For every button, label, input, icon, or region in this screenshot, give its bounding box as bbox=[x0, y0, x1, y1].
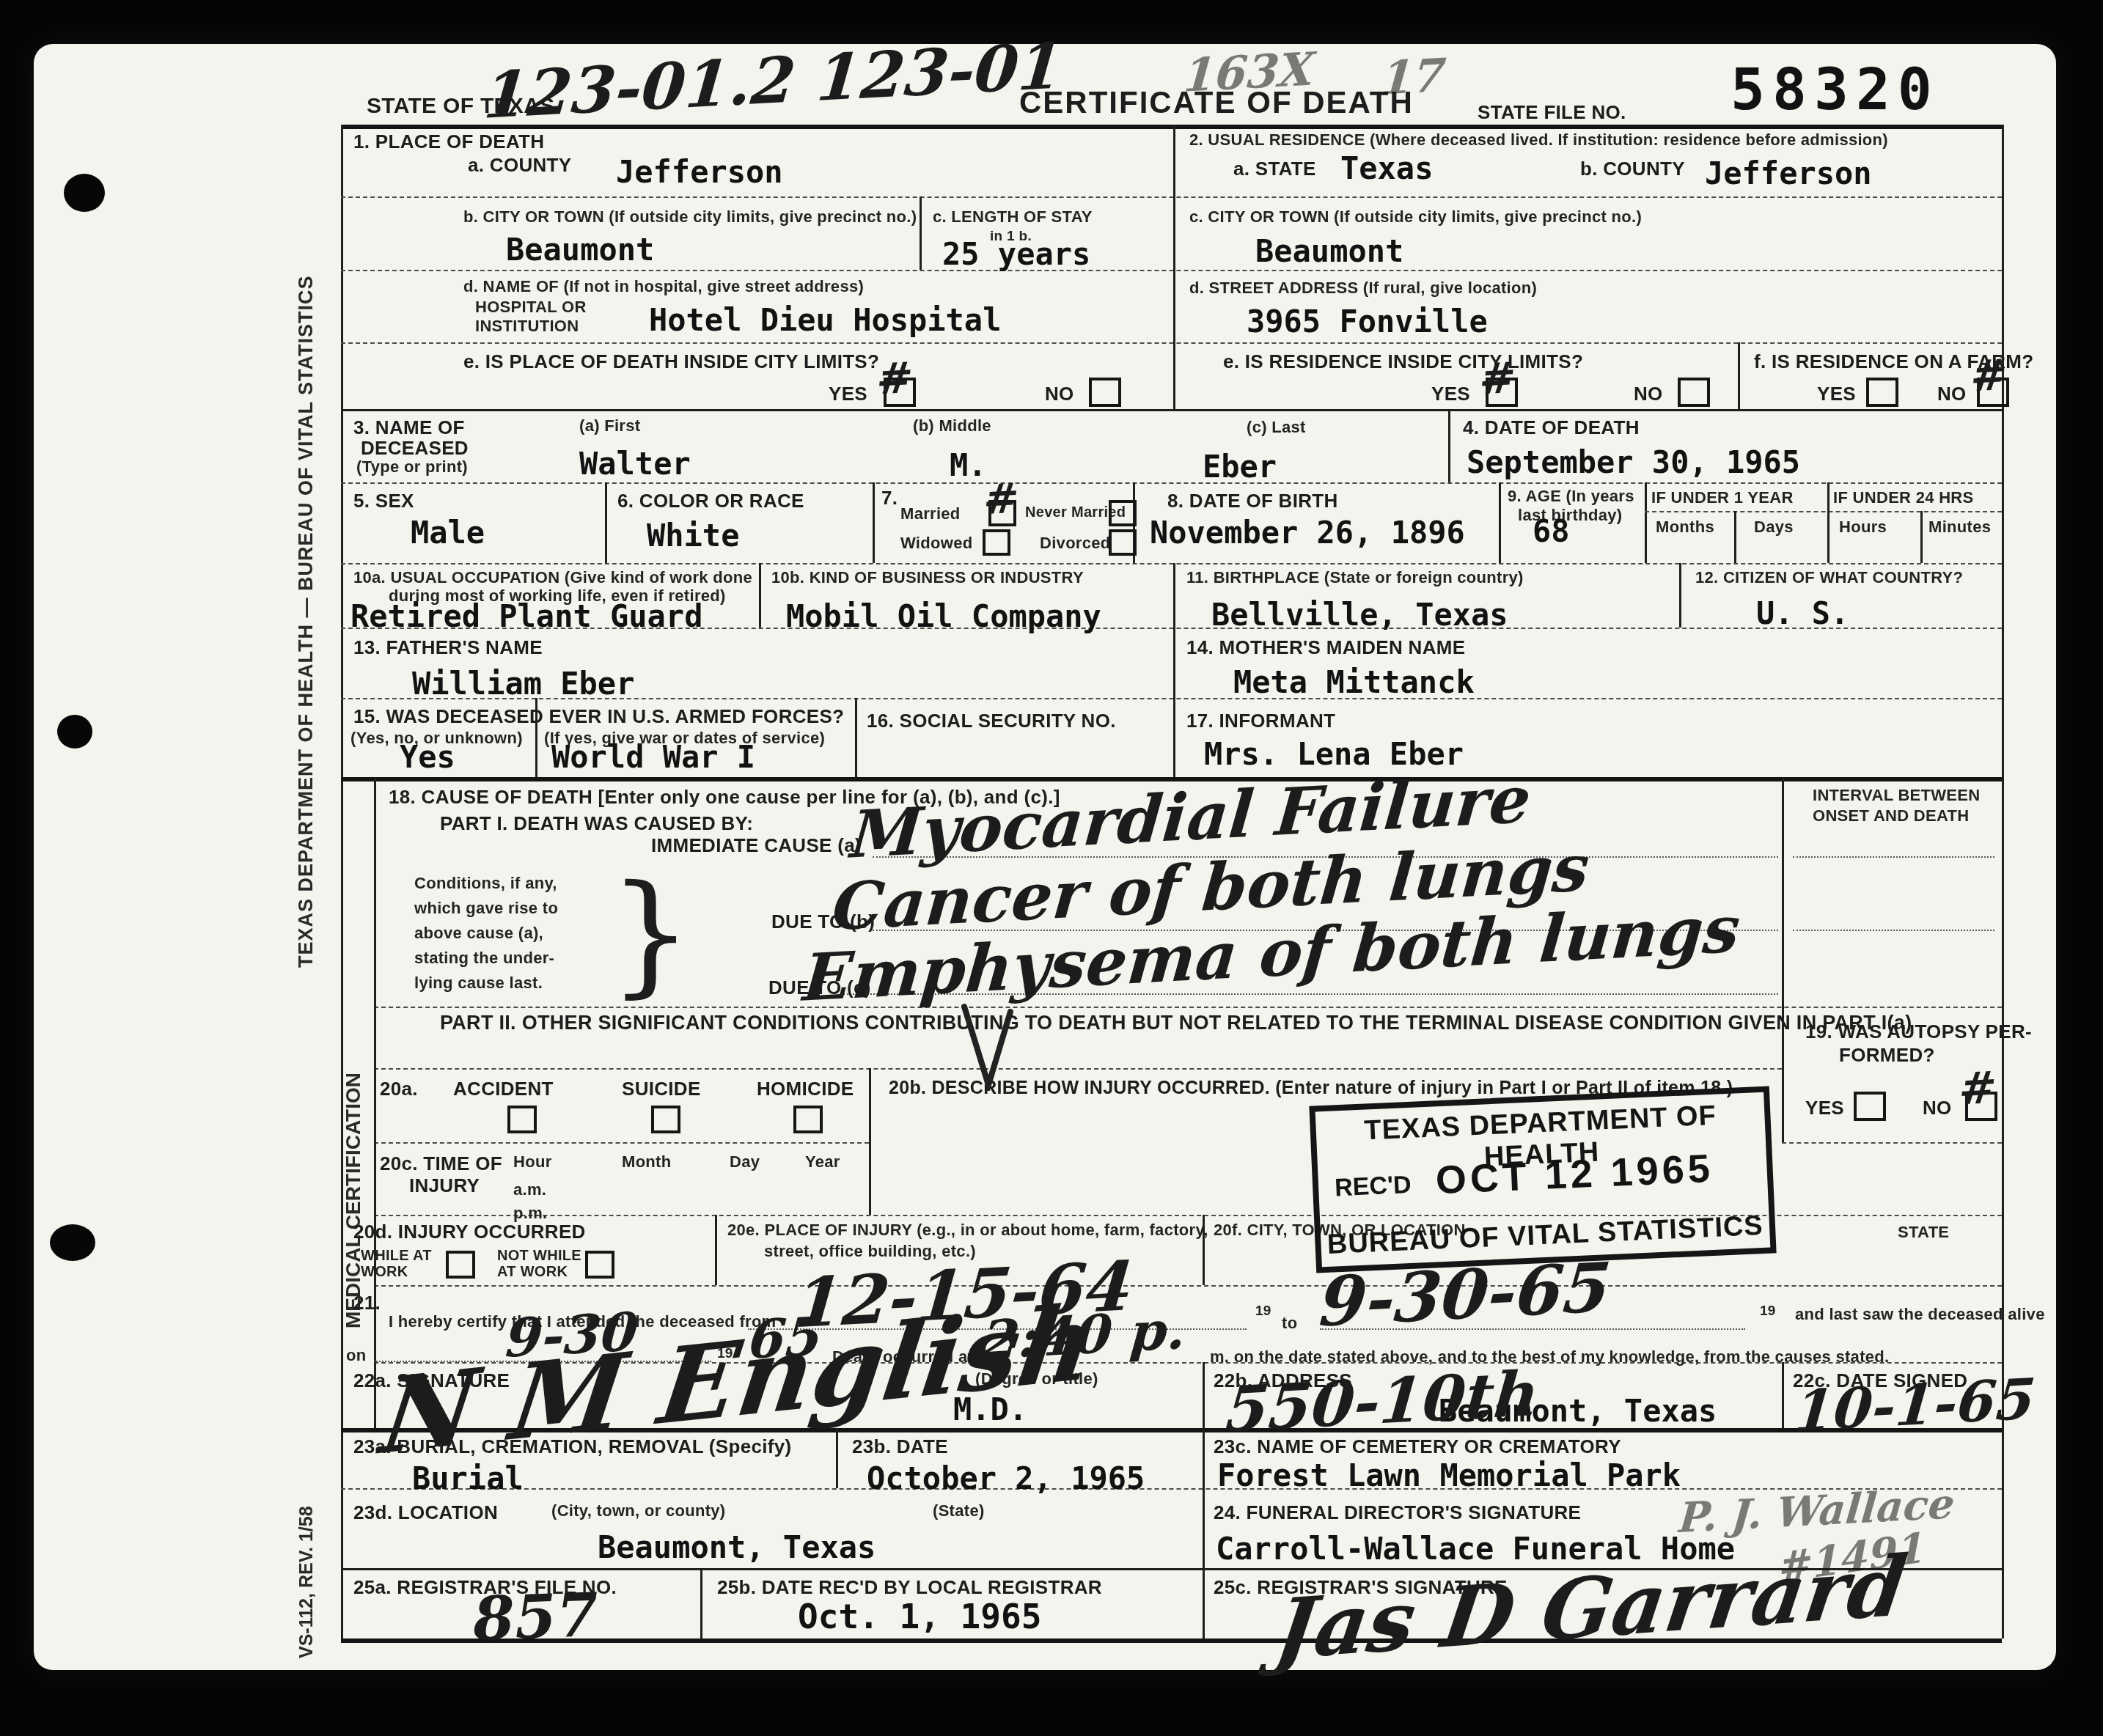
informant-label: 17. INFORMANT bbox=[1186, 710, 1335, 732]
business-label: 10b. KIND OF BUSINESS OR INDUSTRY bbox=[771, 568, 1084, 587]
form-line bbox=[341, 270, 2002, 271]
state-file-number: 58320 bbox=[1731, 57, 1939, 123]
causes-stated-text: m. on the date stated above, and to the … bbox=[1210, 1347, 1889, 1367]
type-or-print-label: (Type or print) bbox=[356, 457, 468, 477]
sex-value: Male bbox=[411, 515, 485, 551]
cemetery-value: Forest Lawn Memorial Park bbox=[1217, 1457, 1681, 1493]
form-line bbox=[1645, 482, 1647, 563]
handwritten-code-17: 17 bbox=[1380, 48, 1448, 106]
divorced-label: Divorced bbox=[1040, 534, 1111, 553]
burial-date-value: October 2, 1965 bbox=[867, 1460, 1145, 1496]
margin-agency-label: TEXAS DEPARTMENT OF HEALTH — BUREAU OF V… bbox=[295, 276, 318, 968]
death-limits-no-checkbox bbox=[1089, 378, 1121, 407]
form-line bbox=[1738, 342, 1740, 409]
burial-date-label: 23b. DATE bbox=[852, 1435, 948, 1458]
last-name-label: (c) Last bbox=[1247, 418, 1306, 437]
death-limits-yes-mark: # bbox=[875, 353, 915, 405]
date-of-birth-value: November 26, 1896 bbox=[1150, 515, 1465, 551]
middle-name-label: (b) Middle bbox=[913, 416, 991, 435]
first-name-value: Walter bbox=[579, 446, 691, 482]
residence-limits-no-label: NO bbox=[1634, 383, 1663, 405]
residence-city-label: c. CITY OR TOWN (If outside city limits,… bbox=[1189, 207, 1642, 227]
not-while-at-work-checkbox bbox=[585, 1251, 614, 1279]
mother-name-value: Meta Mittanck bbox=[1233, 664, 1475, 700]
street-address-label: d. STREET ADDRESS (If rural, give locati… bbox=[1189, 279, 1537, 298]
residence-limits-yes-mark: # bbox=[1478, 353, 1518, 405]
accident-checkbox bbox=[507, 1106, 537, 1133]
ssn-label: 16. SOCIAL SECURITY NO. bbox=[867, 710, 1116, 732]
location-state-sublabel: (State) bbox=[933, 1501, 985, 1520]
street-address-value: 3965 Fonville bbox=[1247, 304, 1488, 339]
immediate-cause-label: IMMEDIATE CAUSE (a) bbox=[651, 834, 862, 857]
on-label: on bbox=[346, 1346, 366, 1365]
not-while-label-1: NOT WHILE bbox=[497, 1248, 581, 1265]
date-of-birth-label: 8. DATE OF BIRTH bbox=[1167, 490, 1338, 512]
city-label: b. CITY OR TOWN (If outside city limits,… bbox=[463, 207, 917, 227]
hospital-label: d. NAME OF (If not in hospital, give str… bbox=[463, 277, 864, 296]
month-label: Month bbox=[622, 1152, 671, 1172]
married-mark: # bbox=[982, 474, 1021, 525]
form-line bbox=[700, 1568, 702, 1638]
film-hole-dot bbox=[64, 174, 105, 212]
form-line bbox=[374, 1068, 1782, 1070]
hospital-label-3: INSTITUTION bbox=[475, 317, 579, 336]
place-of-injury-label-1: 20e. PLACE OF INJURY (e.g., in or about … bbox=[727, 1221, 1208, 1240]
death-city-limits-label: e. IS PLACE OF DEATH INSIDE CITY LIMITS? bbox=[463, 350, 879, 373]
age-label: 9. AGE (In years bbox=[1508, 487, 1634, 506]
form-line bbox=[1734, 511, 1736, 563]
middle-name-value: M. bbox=[950, 447, 987, 483]
last-name-value: Eber bbox=[1203, 449, 1277, 485]
time-of-injury-label-1: 20c. TIME OF bbox=[380, 1152, 502, 1175]
citizen-label: 12. CITIZEN OF WHAT COUNTRY? bbox=[1695, 568, 1963, 587]
form-line bbox=[1793, 856, 1994, 858]
homicide-label: HOMICIDE bbox=[757, 1078, 854, 1100]
form-line bbox=[1173, 563, 1175, 777]
marital-section-label: 7. bbox=[881, 487, 898, 510]
farm-yes-checkbox bbox=[1866, 378, 1898, 407]
section20a-label: 20a. bbox=[380, 1078, 418, 1100]
death-limits-no-label: NO bbox=[1045, 383, 1074, 405]
state-file-no-label: STATE FILE NO. bbox=[1478, 101, 1626, 124]
minutes-label: Minutes bbox=[1928, 518, 1991, 537]
year-label: Year bbox=[805, 1152, 840, 1172]
residence-limits-yes-label: YES bbox=[1431, 383, 1470, 405]
margin-medical-certification-label: MEDICAL CERTIFICATION bbox=[342, 1073, 365, 1328]
time-of-injury-label-2: INJURY bbox=[409, 1174, 480, 1197]
year19-label-a: 19 bbox=[1255, 1303, 1271, 1320]
deceased-label: DECEASED bbox=[361, 437, 469, 460]
form-line bbox=[1499, 482, 1501, 563]
married-label: Married bbox=[900, 504, 961, 523]
divorced-checkbox bbox=[1109, 529, 1137, 556]
form-line bbox=[341, 196, 2002, 198]
form-line bbox=[1645, 511, 2002, 512]
accident-label: ACCIDENT bbox=[453, 1078, 554, 1100]
year19-label-b: 19 bbox=[1760, 1303, 1776, 1320]
conditions-label-5: lying cause last. bbox=[414, 974, 543, 993]
form-line bbox=[1203, 1362, 1205, 1428]
suicide-checkbox bbox=[651, 1106, 680, 1133]
farm-yes-label: YES bbox=[1817, 383, 1856, 405]
conditions-label-4: stating the under- bbox=[414, 949, 554, 968]
autopsy-yes-label: YES bbox=[1805, 1097, 1844, 1119]
birthplace-value: Bellville, Texas bbox=[1211, 597, 1508, 633]
widowed-checkbox bbox=[983, 529, 1010, 556]
received-stamp: TEXAS DEPARTMENT OF HEALTH REC'D OCT 12 … bbox=[1309, 1086, 1776, 1273]
form-line bbox=[1782, 777, 1784, 1142]
registrar-date-label: 25b. DATE REC'D BY LOCAL REGISTRAR bbox=[717, 1576, 1102, 1599]
location-value: Beaumont, Texas bbox=[598, 1529, 876, 1565]
location-label: 23d. LOCATION bbox=[353, 1501, 498, 1524]
while-at-work-checkbox bbox=[446, 1251, 475, 1279]
length-of-stay-label: c. LENGTH OF STAY bbox=[933, 207, 1093, 227]
city-value: Beaumont bbox=[506, 232, 654, 268]
race-label: 6. COLOR OR RACE bbox=[617, 490, 804, 512]
date-of-death-label: 4. DATE OF DEATH bbox=[1463, 416, 1640, 439]
autopsy-no-mark: # bbox=[1957, 1062, 1998, 1115]
handwritten-code-163x: 163X bbox=[1182, 42, 1317, 103]
war-value: World War I bbox=[551, 739, 755, 775]
form-line bbox=[1679, 563, 1681, 628]
days-label: Days bbox=[1754, 518, 1794, 537]
form-line bbox=[1448, 409, 1450, 482]
suicide-label: SUICIDE bbox=[622, 1078, 701, 1100]
months-label: Months bbox=[1656, 518, 1714, 537]
hospital-label-2: HOSPITAL OR bbox=[475, 298, 587, 317]
occupation-value: Retired Plant Guard bbox=[350, 598, 702, 634]
residence-county-label: b. COUNTY bbox=[1580, 158, 1685, 180]
armed-forces-label: 15. WAS DECEASED EVER IN U.S. ARMED FORC… bbox=[353, 705, 844, 728]
form-line bbox=[374, 1285, 2002, 1287]
funeral-director-label: 24. FUNERAL DIRECTOR'S SIGNATURE bbox=[1214, 1501, 1581, 1524]
stamp-bureau: BUREAU OF VITAL STATISTICS bbox=[1321, 1210, 1770, 1262]
citizen-value: U. S. bbox=[1756, 595, 1849, 631]
form-line bbox=[374, 1142, 869, 1144]
to-label: to bbox=[1282, 1314, 1297, 1333]
name-of-deceased-label: 3. NAME OF bbox=[353, 416, 465, 439]
form-line bbox=[1203, 1428, 1205, 1638]
age-value: 68 bbox=[1533, 513, 1570, 549]
form-line bbox=[341, 125, 343, 1638]
widowed-label: Widowed bbox=[900, 534, 972, 553]
hospital-value: Hotel Dieu Hospital bbox=[649, 302, 1001, 338]
sex-label: 5. SEX bbox=[353, 490, 414, 512]
form-line bbox=[341, 563, 2002, 564]
form-line bbox=[341, 342, 2002, 344]
under-1-year-label: IF UNDER 1 YEAR bbox=[1651, 488, 1794, 507]
autopsy-no-label: NO bbox=[1923, 1097, 1952, 1119]
registrar-date-value: Oct. 1, 1965 bbox=[798, 1597, 1041, 1636]
form-line bbox=[341, 482, 2002, 484]
residence-state-value: Texas bbox=[1340, 150, 1433, 186]
county-value: Jefferson bbox=[616, 154, 783, 190]
form-line bbox=[341, 409, 2002, 411]
farm-no-label: NO bbox=[1937, 383, 1967, 405]
mother-name-label: 14. MOTHER'S MAIDEN NAME bbox=[1186, 636, 1465, 659]
form-line bbox=[869, 1068, 871, 1215]
county-label: a. COUNTY bbox=[468, 154, 571, 177]
business-value: Mobil Oil Company bbox=[786, 598, 1101, 634]
never-married-checkbox bbox=[1109, 500, 1137, 526]
am-label: a.m. bbox=[513, 1180, 546, 1199]
armed-forces-value: Yes bbox=[400, 739, 455, 775]
form-line bbox=[1782, 1142, 2002, 1144]
not-while-label-2: AT WORK bbox=[497, 1264, 568, 1281]
date-signed-handwriting: 10-1-65 bbox=[1792, 1366, 2038, 1444]
father-name-value: William Eber bbox=[412, 666, 634, 702]
conditions-brace: } bbox=[609, 858, 693, 1011]
section2-title: 2. USUAL RESIDENCE (Where deceased lived… bbox=[1189, 130, 1888, 150]
film-hole-dot bbox=[57, 715, 92, 749]
residence-city-value: Beaumont bbox=[1255, 233, 1403, 269]
farm-no-mark: # bbox=[1969, 350, 2009, 402]
race-value: White bbox=[647, 518, 739, 553]
form-line bbox=[1782, 1362, 1784, 1428]
form-line bbox=[836, 1428, 838, 1488]
interval-label-1: INTERVAL BETWEEN bbox=[1813, 786, 1980, 805]
length-of-stay-value: 25 years bbox=[942, 236, 1090, 272]
part2-label: PART II. OTHER SIGNIFICANT CONDITIONS CO… bbox=[440, 1012, 1912, 1034]
date-of-death-value: September 30, 1965 bbox=[1467, 444, 1800, 480]
autopsy-label-2: FORMED? bbox=[1839, 1044, 1935, 1067]
under-24-hrs-label: IF UNDER 24 HRS bbox=[1833, 488, 1974, 507]
location-city-sublabel: (City, town, or county) bbox=[551, 1501, 725, 1520]
conditions-label-1: Conditions, if any, bbox=[414, 874, 557, 893]
form-line bbox=[1920, 511, 1923, 563]
occupation-label: 10a. USUAL OCCUPATION (Give kind of work… bbox=[353, 568, 752, 587]
conditions-label-2: which gave rise to bbox=[414, 899, 558, 918]
part1-label: PART I. DEATH WAS CAUSED BY: bbox=[440, 812, 753, 835]
while-at-work-label-1: WHILE AT bbox=[361, 1248, 432, 1265]
residence-city-limits-label: e. IS RESIDENCE INSIDE CITY LIMITS? bbox=[1223, 350, 1583, 373]
form-line bbox=[605, 482, 607, 563]
father-name-label: 13. FATHER'S NAME bbox=[353, 636, 543, 659]
form-line bbox=[1173, 125, 1175, 409]
injury-occurred-label: 20d. INJURY OCCURRED bbox=[353, 1221, 586, 1243]
margin-form-number: VS-112, REV. 1/58 bbox=[296, 1506, 318, 1658]
interval-label-2: ONSET AND DEATH bbox=[1813, 806, 1970, 825]
form-line bbox=[873, 482, 875, 563]
section21-label: 21. bbox=[353, 1292, 381, 1314]
death-limits-yes-label: YES bbox=[829, 383, 867, 405]
homicide-checkbox bbox=[793, 1106, 823, 1133]
form-line bbox=[759, 563, 761, 628]
residence-state-label: a. STATE bbox=[1233, 158, 1316, 180]
first-name-label: (a) First bbox=[579, 416, 640, 435]
state-column-label: STATE bbox=[1898, 1223, 1949, 1242]
last-saw-text: and last saw the deceased alive bbox=[1795, 1305, 2045, 1324]
stamp-recd-label: REC'D bbox=[1334, 1171, 1412, 1203]
death-certificate-scan: TEXAS DEPARTMENT OF HEALTH — BUREAU OF V… bbox=[0, 0, 2103, 1736]
form-line bbox=[1827, 482, 1829, 563]
form-line bbox=[374, 777, 376, 1428]
registrar-file-value: 857 bbox=[471, 1580, 599, 1655]
residence-county-value: Jefferson bbox=[1705, 155, 1872, 191]
hour-label: Hour bbox=[513, 1152, 552, 1172]
form-line bbox=[1793, 930, 1994, 931]
day-label: Day bbox=[730, 1152, 760, 1172]
handwriting-stroke bbox=[961, 1003, 1027, 1091]
form-line bbox=[715, 1215, 717, 1285]
form-line bbox=[920, 196, 922, 270]
form-line bbox=[855, 698, 857, 777]
hours-label: Hours bbox=[1839, 518, 1887, 537]
residence-limits-no-checkbox bbox=[1678, 378, 1710, 407]
birthplace-label: 11. BIRTHPLACE (State or foreign country… bbox=[1186, 568, 1524, 587]
autopsy-yes-checkbox bbox=[1854, 1092, 1886, 1121]
autopsy-label-1: 19. WAS AUTOPSY PER- bbox=[1805, 1020, 2032, 1043]
section1-title: 1. PLACE OF DEATH bbox=[353, 130, 544, 153]
while-at-work-label-2: WORK bbox=[361, 1264, 408, 1281]
conditions-label-3: above cause (a), bbox=[414, 924, 543, 943]
film-hole-dot bbox=[50, 1224, 95, 1261]
